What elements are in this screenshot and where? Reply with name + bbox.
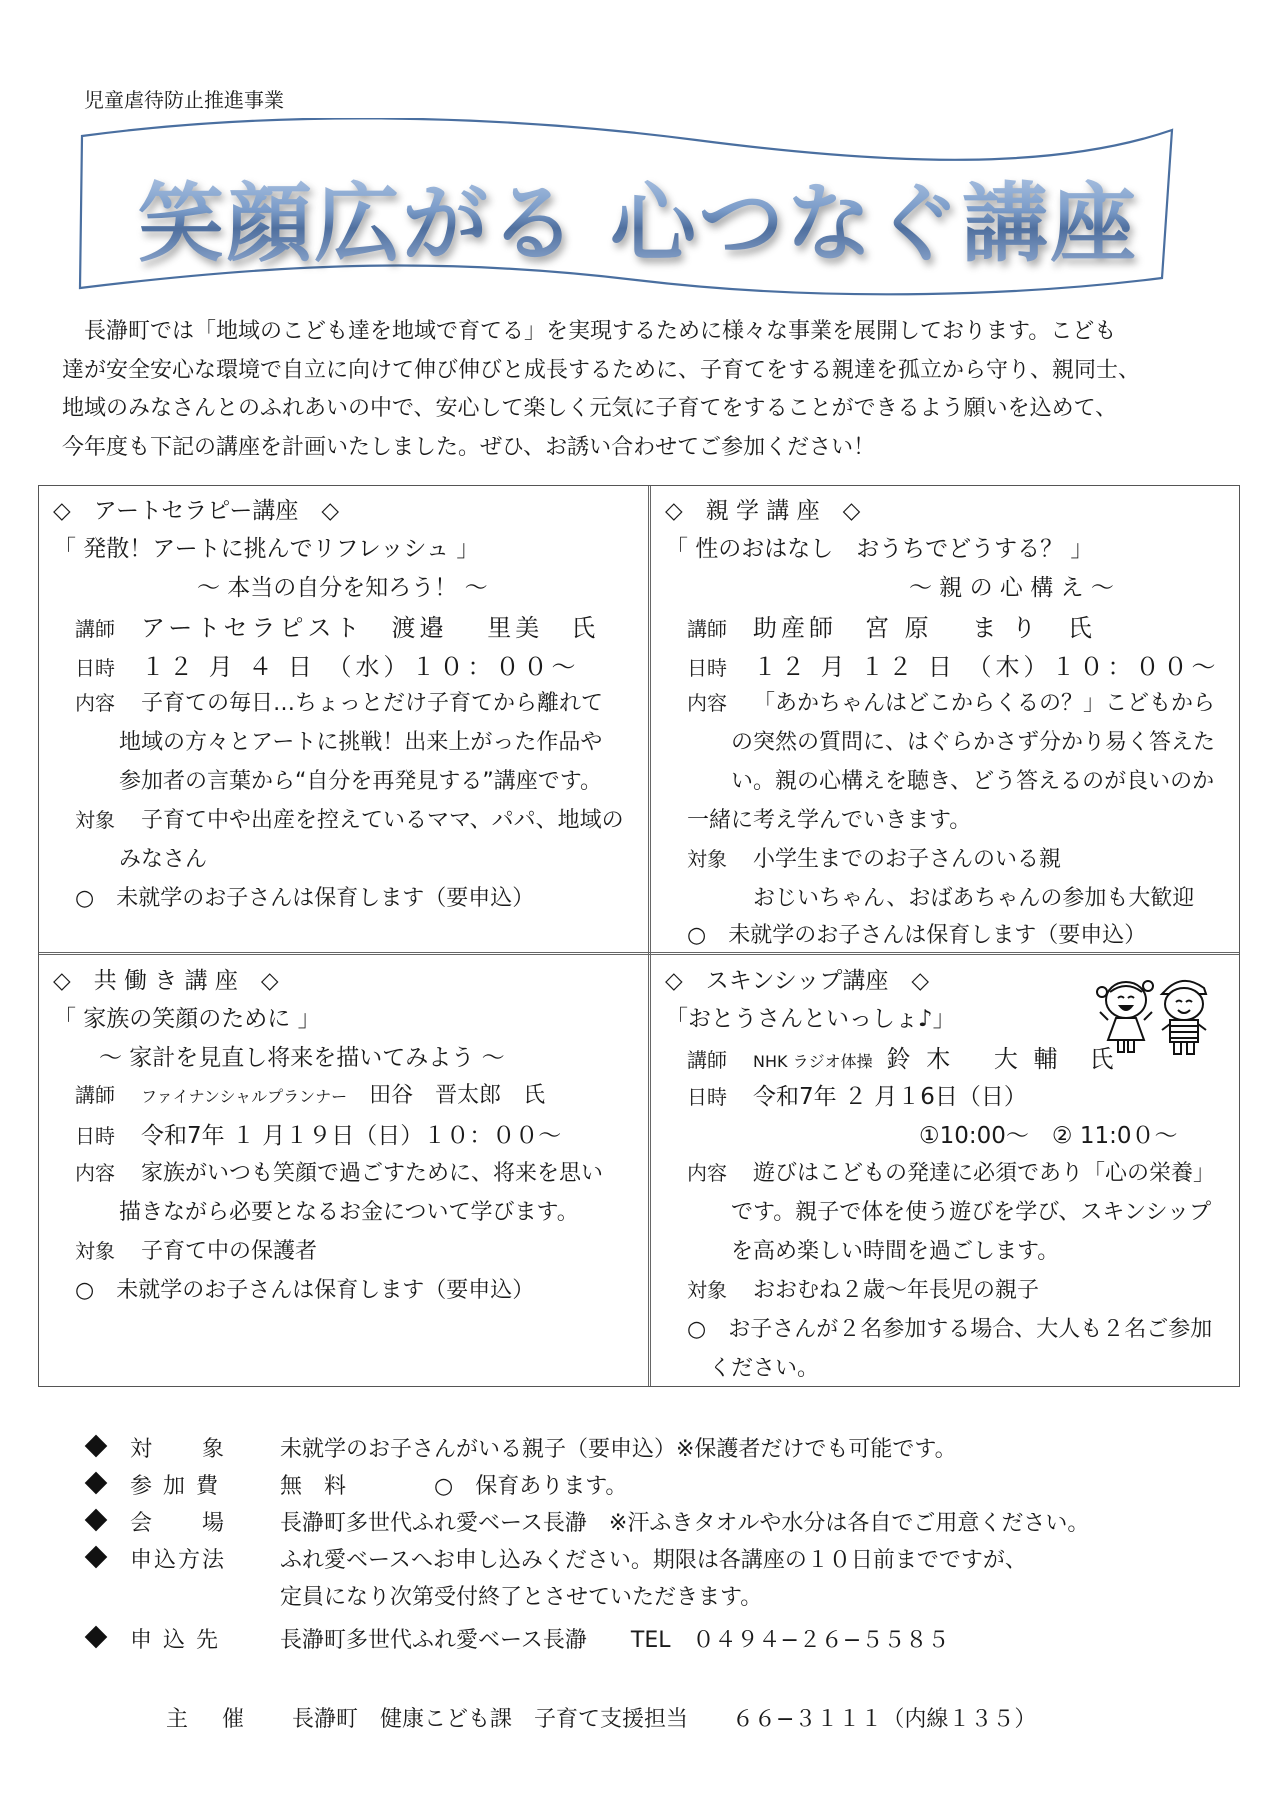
course-title: 「おとうさんといっしょ♪」 <box>665 1000 956 1033</box>
lecturer-name: 田谷 晋太郎 氏 <box>369 1083 545 1108</box>
course-heading: ◇ アートセラピー講座 ◇ <box>53 492 339 525</box>
target-label: 対象 <box>687 1274 753 1303</box>
content-label: 内容 <box>75 687 141 716</box>
datetime-label: 日時 <box>75 1120 141 1149</box>
target-line: おおむね２歳～年長児の親子 <box>753 1278 1039 1303</box>
course-heading: ◇ 共 働 き 講 座 ◇ <box>53 962 279 995</box>
intro-line: 地域のみなさんとのふれあいの中で、安心して楽しく元気に子育てをすることができるよ… <box>62 390 1232 429</box>
datetime-label: 日時 <box>75 652 141 681</box>
course-parenting: ◇ 親 学 講 座 ◇ 「 性のおはなし おうちでどうする？ 」 ～ 親 の 心… <box>651 486 1239 954</box>
datetime: 令和7年 １ 月１９日（日）１０：００～ <box>141 1123 561 1149</box>
content-line: です。親子で体を使う遊びを学び、スキンシップ <box>731 1195 1211 1226</box>
datetime-label: 日時 <box>687 1081 753 1110</box>
content-line: 一緒に考え学んでいきます。 <box>687 803 971 834</box>
page-title: 笑顔広がる 心つなぐ講座 <box>138 154 1138 278</box>
lecturer-label: 講師 <box>687 1044 753 1073</box>
datetime-label: 日時 <box>687 652 753 681</box>
info-key: 対 象 <box>130 1432 280 1463</box>
childcare-note: ○ 未就学のお子さんは保育します（要申込） <box>687 918 1146 949</box>
datetime: 令和7年 ２ 月１6日（日） <box>753 1084 1027 1110</box>
target-line: おじいちゃん、おばあちゃんの参加も大歓迎 <box>753 881 1194 912</box>
info-row-contact: 申 込 先長瀞町多世代ふれ愛ベース長瀞 TEL ０４９４−２６−５５８５ <box>88 1623 949 1654</box>
diamond-bullet-icon <box>85 1509 108 1532</box>
info-key: 申 込 先 <box>130 1623 280 1654</box>
info-value: 無 料 ○ 保育あります。 <box>280 1474 627 1499</box>
target-label: 対象 <box>75 804 141 833</box>
diamond-bullet-icon <box>85 1626 108 1649</box>
course-dual-income: ◇ 共 働 き 講 座 ◇ 「 家族の笑顔のために 」 ～ 家計を見直し将来を描… <box>39 954 651 1386</box>
info-row-target: 対 象未就学のお子さんがいる親子（要申込）※保護者だけでも可能です。 <box>88 1432 957 1463</box>
course-art-therapy: ◇ アートセラピー講座 ◇ 「 発散！アートに挑んでリフレッシュ 」 ～ 本当の… <box>39 486 651 954</box>
course-grid: ◇ アートセラピー講座 ◇ 「 発散！アートに挑んでリフレッシュ 」 ～ 本当の… <box>38 485 1240 1387</box>
info-value: 長瀞町多世代ふれ愛ベース長瀞 ※汗ふきタオルや水分は各自でご用意ください。 <box>280 1511 1089 1536</box>
target-line: 小学生までのお子さんのいる親 <box>753 847 1061 872</box>
info-key: 申込方法 <box>130 1543 280 1574</box>
program-tag: 児童虐待防止推進事業 <box>84 84 284 113</box>
content-line: の突然の質問に、はぐらかさず分かり易く答えた <box>731 725 1215 756</box>
course-title: 「 発散！アートに挑んでリフレッシュ 」 <box>53 530 479 563</box>
target-label: 対象 <box>75 1235 141 1264</box>
intro-line: 長瀞町では「地域のこども達を地域で育てる」を実現するために様々な事業を展開してお… <box>62 313 1232 352</box>
diamond-bullet-icon <box>85 1435 108 1458</box>
content-line: 「あかちゃんはどこからくるの？」こどもから <box>753 691 1215 716</box>
info-value-continued: 定員になり次第受付終了とさせていただきます。 <box>280 1580 762 1611</box>
course-title: 「 性のおはなし おうちでどうする？ 」 <box>665 530 1093 563</box>
content-line: 参加者の言葉から“自分を再発見する”講座です。 <box>119 764 602 795</box>
participation-note: ○ お子さんが２名参加する場合、大人も２名ご参加 <box>687 1312 1212 1343</box>
course-heading: ◇ 親 学 講 座 ◇ <box>665 492 860 525</box>
lecturer-label: 講師 <box>75 1079 141 1108</box>
datetime: １２ 月 １２ 日 （木）１０：００～ <box>753 653 1220 681</box>
childcare-note: ○ 未就学のお子さんは保育します（要申込） <box>75 1273 534 1304</box>
session-times: ①10:00～ ② 11:0０～ <box>919 1117 1177 1150</box>
content-line: 地域の方々とアートに挑戦！出来上がった作品や <box>119 725 602 756</box>
participation-note: ください。 <box>709 1351 819 1382</box>
content-line: 子育ての毎日…ちょっとだけ子育てから離れて <box>141 691 603 716</box>
content-line: 描きながら必要となるお金について学びます。 <box>119 1195 579 1226</box>
childcare-note: ○ 未就学のお子さんは保育します（要申込） <box>75 881 534 912</box>
intro-paragraph: 長瀞町では「地域のこども達を地域で育てる」を実現するために様々な事業を展開してお… <box>62 313 1232 467</box>
lecturer-role: ファイナンシャルプランナー <box>141 1087 347 1106</box>
intro-line: 達が安全安心な環境で自立に向けて伸び伸びと成長するために、子育てをする親達を孤立… <box>62 352 1232 391</box>
target-line: 子育て中や出産を控えているママ、パパ、地域の <box>141 808 624 833</box>
info-key: 会 場 <box>130 1506 280 1537</box>
organizer-line: 主 催長瀞町 健康こども課 子育て支援担当 ６６−３１１１（内線１３５） <box>166 1702 1036 1733</box>
content-label: 内容 <box>687 1157 753 1186</box>
info-key: 参 加 費 <box>130 1469 280 1500</box>
content-line: 遊びはこどもの発達に必須であり「心の栄養」 <box>753 1161 1215 1186</box>
content-line: を高め楽しい時間を過ごします。 <box>731 1234 1059 1265</box>
two-children-illustration <box>1090 970 1220 1060</box>
course-heading: ◇ スキンシップ講座 ◇ <box>665 962 929 995</box>
info-row-venue: 会 場長瀞町多世代ふれ愛ベース長瀞 ※汗ふきタオルや水分は各自でご用意ください。 <box>88 1506 1089 1537</box>
lecturer-name: 鈴 木 大 輔 氏 <box>887 1045 1118 1073</box>
course-subtitle: ～ 親 の 心 構 え ～ <box>909 569 1114 602</box>
target-label: 対象 <box>687 843 753 872</box>
content-line: い。親の心構えを聴き、どう答えるのが良いのか <box>731 764 1214 795</box>
info-value: 長瀞町多世代ふれ愛ベース長瀞 TEL ０４９４−２６−５５８５ <box>280 1628 949 1653</box>
datetime: １２ 月 ４ 日 （水）１０：００～ <box>141 653 580 681</box>
lecturer: 助産師 宮 原 ま り 氏 <box>753 614 1096 642</box>
course-title: 「 家族の笑顔のために 」 <box>53 1000 321 1033</box>
organizer-key: 主 催 <box>166 1702 292 1733</box>
content-label: 内容 <box>75 1157 141 1186</box>
title-banner: 笑顔広がる 心つなぐ講座 <box>76 118 1176 303</box>
lecturer-label: 講師 <box>687 613 753 642</box>
intro-line: 今年度も下記の講座を計画いたしました。ぜひ、お誘い合わせてご参加ください！ <box>62 429 1232 468</box>
course-subtitle: ～ 本当の自分を知ろう！ ～ <box>197 569 488 602</box>
info-value: ふれ愛ベースへお申し込みください。期限は各講座の１０日前までですが、 <box>280 1548 1027 1573</box>
target-line: 子育て中の保護者 <box>141 1239 317 1264</box>
organizer-value: 長瀞町 健康こども課 子育て支援担当 ６６−３１１１（内線１３５） <box>292 1707 1036 1732</box>
diamond-bullet-icon <box>85 1546 108 1569</box>
lecturer: アートセラピスト 渡邉 里美 氏 <box>141 614 599 642</box>
info-row-fee: 参 加 費無 料 ○ 保育あります。 <box>88 1469 627 1500</box>
info-row-application-method: 申込方法ふれ愛ベースへお申し込みください。期限は各講座の１０日前までですが、 <box>88 1543 1027 1574</box>
lecturer-label: 講師 <box>75 613 141 642</box>
target-line: みなさん <box>119 842 207 873</box>
content-label: 内容 <box>687 687 753 716</box>
lecturer-role: NHK ラジオ体操 <box>753 1052 873 1071</box>
info-value: 未就学のお子さんがいる親子（要申込）※保護者だけでも可能です。 <box>280 1437 957 1462</box>
course-subtitle: ～ 家計を見直し将来を描いてみよう ～ <box>99 1039 505 1072</box>
content-line: 家族がいつも笑顔で過ごすために、将来を思い <box>141 1161 603 1186</box>
diamond-bullet-icon <box>85 1472 108 1495</box>
